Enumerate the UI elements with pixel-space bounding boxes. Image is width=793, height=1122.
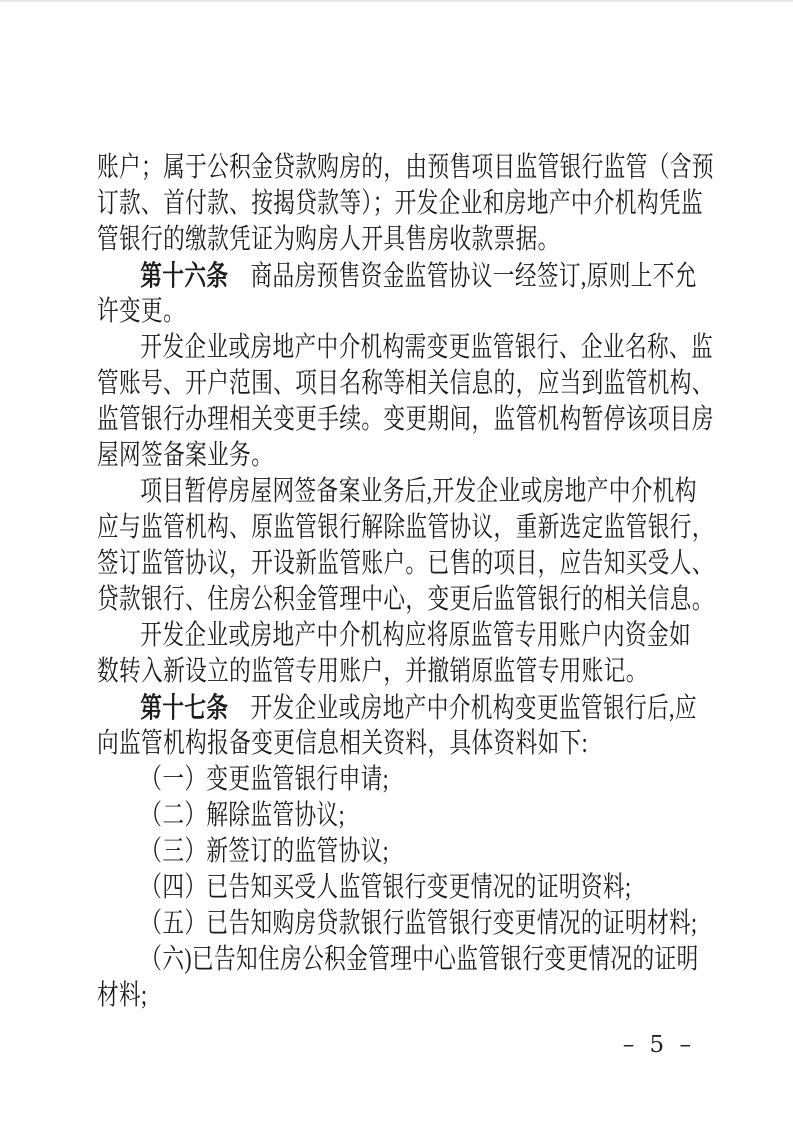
line-text: 商品房预售资金监管协议一经签订,原则上不允 <box>228 261 696 292</box>
text-line: （二）解除监管协议; <box>97 798 630 834</box>
line-text: 签订监管协议，开设新监管账户。已售的项目，应告知买受人、 <box>97 548 714 579</box>
line-text: 开发企业或房地产中介机构应将原监管专用账户内资金如 <box>140 620 691 651</box>
article-number: 第十六条 <box>140 260 228 291</box>
line-text: （六)已告知住房公积金管理中心监管银行变更情况的证明 <box>140 944 698 975</box>
line-text: 开发企业或房地产中介机构变更监管银行后,应 <box>228 693 696 724</box>
text-line: （六)已告知住房公积金管理中心监管银行变更情况的证明 <box>97 942 630 978</box>
line-text: （四）已告知买受人监管银行变更情况的证明资料; <box>140 872 631 903</box>
line-text: 开发企业或房地产中介机构需变更监管银行、企业名称、监 <box>140 332 713 363</box>
text-line: 应与监管机构、原监管银行解除监管协议，重新选定监管银行， <box>97 510 630 546</box>
document-body: 账户；属于公积金贷款购房的，由预售项目监管银行监管（含预订款、首付款、按揭贷款等… <box>97 150 787 1014</box>
line-text: 项目暂停房屋网签备案业务后,开发企业或房地产中介机构 <box>140 476 697 507</box>
line-text: 向监管机构报备变更信息相关资料，具体资料如下: <box>97 728 588 759</box>
line-text: 管银行的缴款凭证为购房人开具售房收款票据。 <box>97 224 560 255</box>
line-text: （一）变更监管银行申请; <box>140 764 389 795</box>
text-line: 管账号、开户范围、项目名称等相关信息的，应当到监管机构、 <box>97 366 630 402</box>
line-text: （三）新签订的监管协议; <box>140 836 389 867</box>
text-line: 开发企业或房地产中介机构需变更监管银行、企业名称、监 <box>97 330 630 366</box>
article-heading-line: 第十七条 开发企业或房地产中介机构变更监管银行后,应 <box>97 690 630 726</box>
scan-edge-artifact <box>0 0 793 2</box>
text-line: 材料; <box>97 978 630 1014</box>
text-line: 向监管机构报备变更信息相关资料，具体资料如下: <box>97 726 630 762</box>
text-line: （五）已告知购房贷款银行监管银行变更情况的证明材料; <box>97 906 630 942</box>
line-text: （二）解除监管协议; <box>140 800 345 831</box>
text-line: 数转入新设立的监管专用账户，并撤销原监管专用账记。 <box>97 654 630 690</box>
text-line: 许变更。 <box>97 294 630 330</box>
page-number: – 5 – <box>623 1032 695 1058</box>
line-text: 监管银行办理相关变更手续。变更期间，监管机构暂停该项目房 <box>97 404 714 435</box>
text-line: （三）新签订的监管协议; <box>97 834 630 870</box>
text-line: 管银行的缴款凭证为购房人开具售房收款票据。 <box>97 222 630 258</box>
text-line: 屋网签备案业务。 <box>97 438 630 474</box>
text-line: 监管银行办理相关变更手续。变更期间，监管机构暂停该项目房 <box>97 402 630 438</box>
text-line: 开发企业或房地产中介机构应将原监管专用账户内资金如 <box>97 618 630 654</box>
line-text: 管账号、开户范围、项目名称等相关信息的，应当到监管机构、 <box>97 368 714 399</box>
text-line: 订款、首付款、按揭贷款等）；开发企业和房地产中介机构凭监 <box>97 186 630 222</box>
line-text: 账户；属于公积金贷款购房的，由预售项目监管银行监管（含预 <box>97 152 714 183</box>
line-text: 数转入新设立的监管专用账户，并撤销原监管专用账记。 <box>97 656 648 687</box>
document-page: 账户；属于公积金贷款购房的，由预售项目监管银行监管（含预订款、首付款、按揭贷款等… <box>0 0 793 1122</box>
article-number: 第十七条 <box>140 692 228 723</box>
text-line: 项目暂停房屋网签备案业务后,开发企业或房地产中介机构 <box>97 474 630 510</box>
line-text: 订款、首付款、按揭贷款等）；开发企业和房地产中介机构凭监 <box>97 188 703 219</box>
article-heading-line: 第十六条 商品房预售资金监管协议一经签订,原则上不允 <box>97 258 630 294</box>
text-line: 账户；属于公积金贷款购房的，由预售项目监管银行监管（含预 <box>97 150 630 186</box>
text-line: （一）变更监管银行申请; <box>97 762 630 798</box>
text-line: （四）已告知买受人监管银行变更情况的证明资料; <box>97 870 630 906</box>
line-text: 材料; <box>97 980 147 1011</box>
line-text: 许变更。 <box>97 296 185 327</box>
line-text: （五）已告知购房贷款银行监管银行变更情况的证明材料; <box>140 908 697 939</box>
line-text: 应与监管机构、原监管银行解除监管协议，重新选定监管银行， <box>97 512 714 543</box>
text-line: 签订监管协议，开设新监管账户。已售的项目，应告知买受人、 <box>97 546 630 582</box>
line-text: 屋网签备案业务。 <box>97 440 273 471</box>
line-text: 贷款银行、住房公积金管理中心，变更后监管银行的相关信息。 <box>97 584 714 615</box>
text-line: 贷款银行、住房公积金管理中心，变更后监管银行的相关信息。 <box>97 582 630 618</box>
